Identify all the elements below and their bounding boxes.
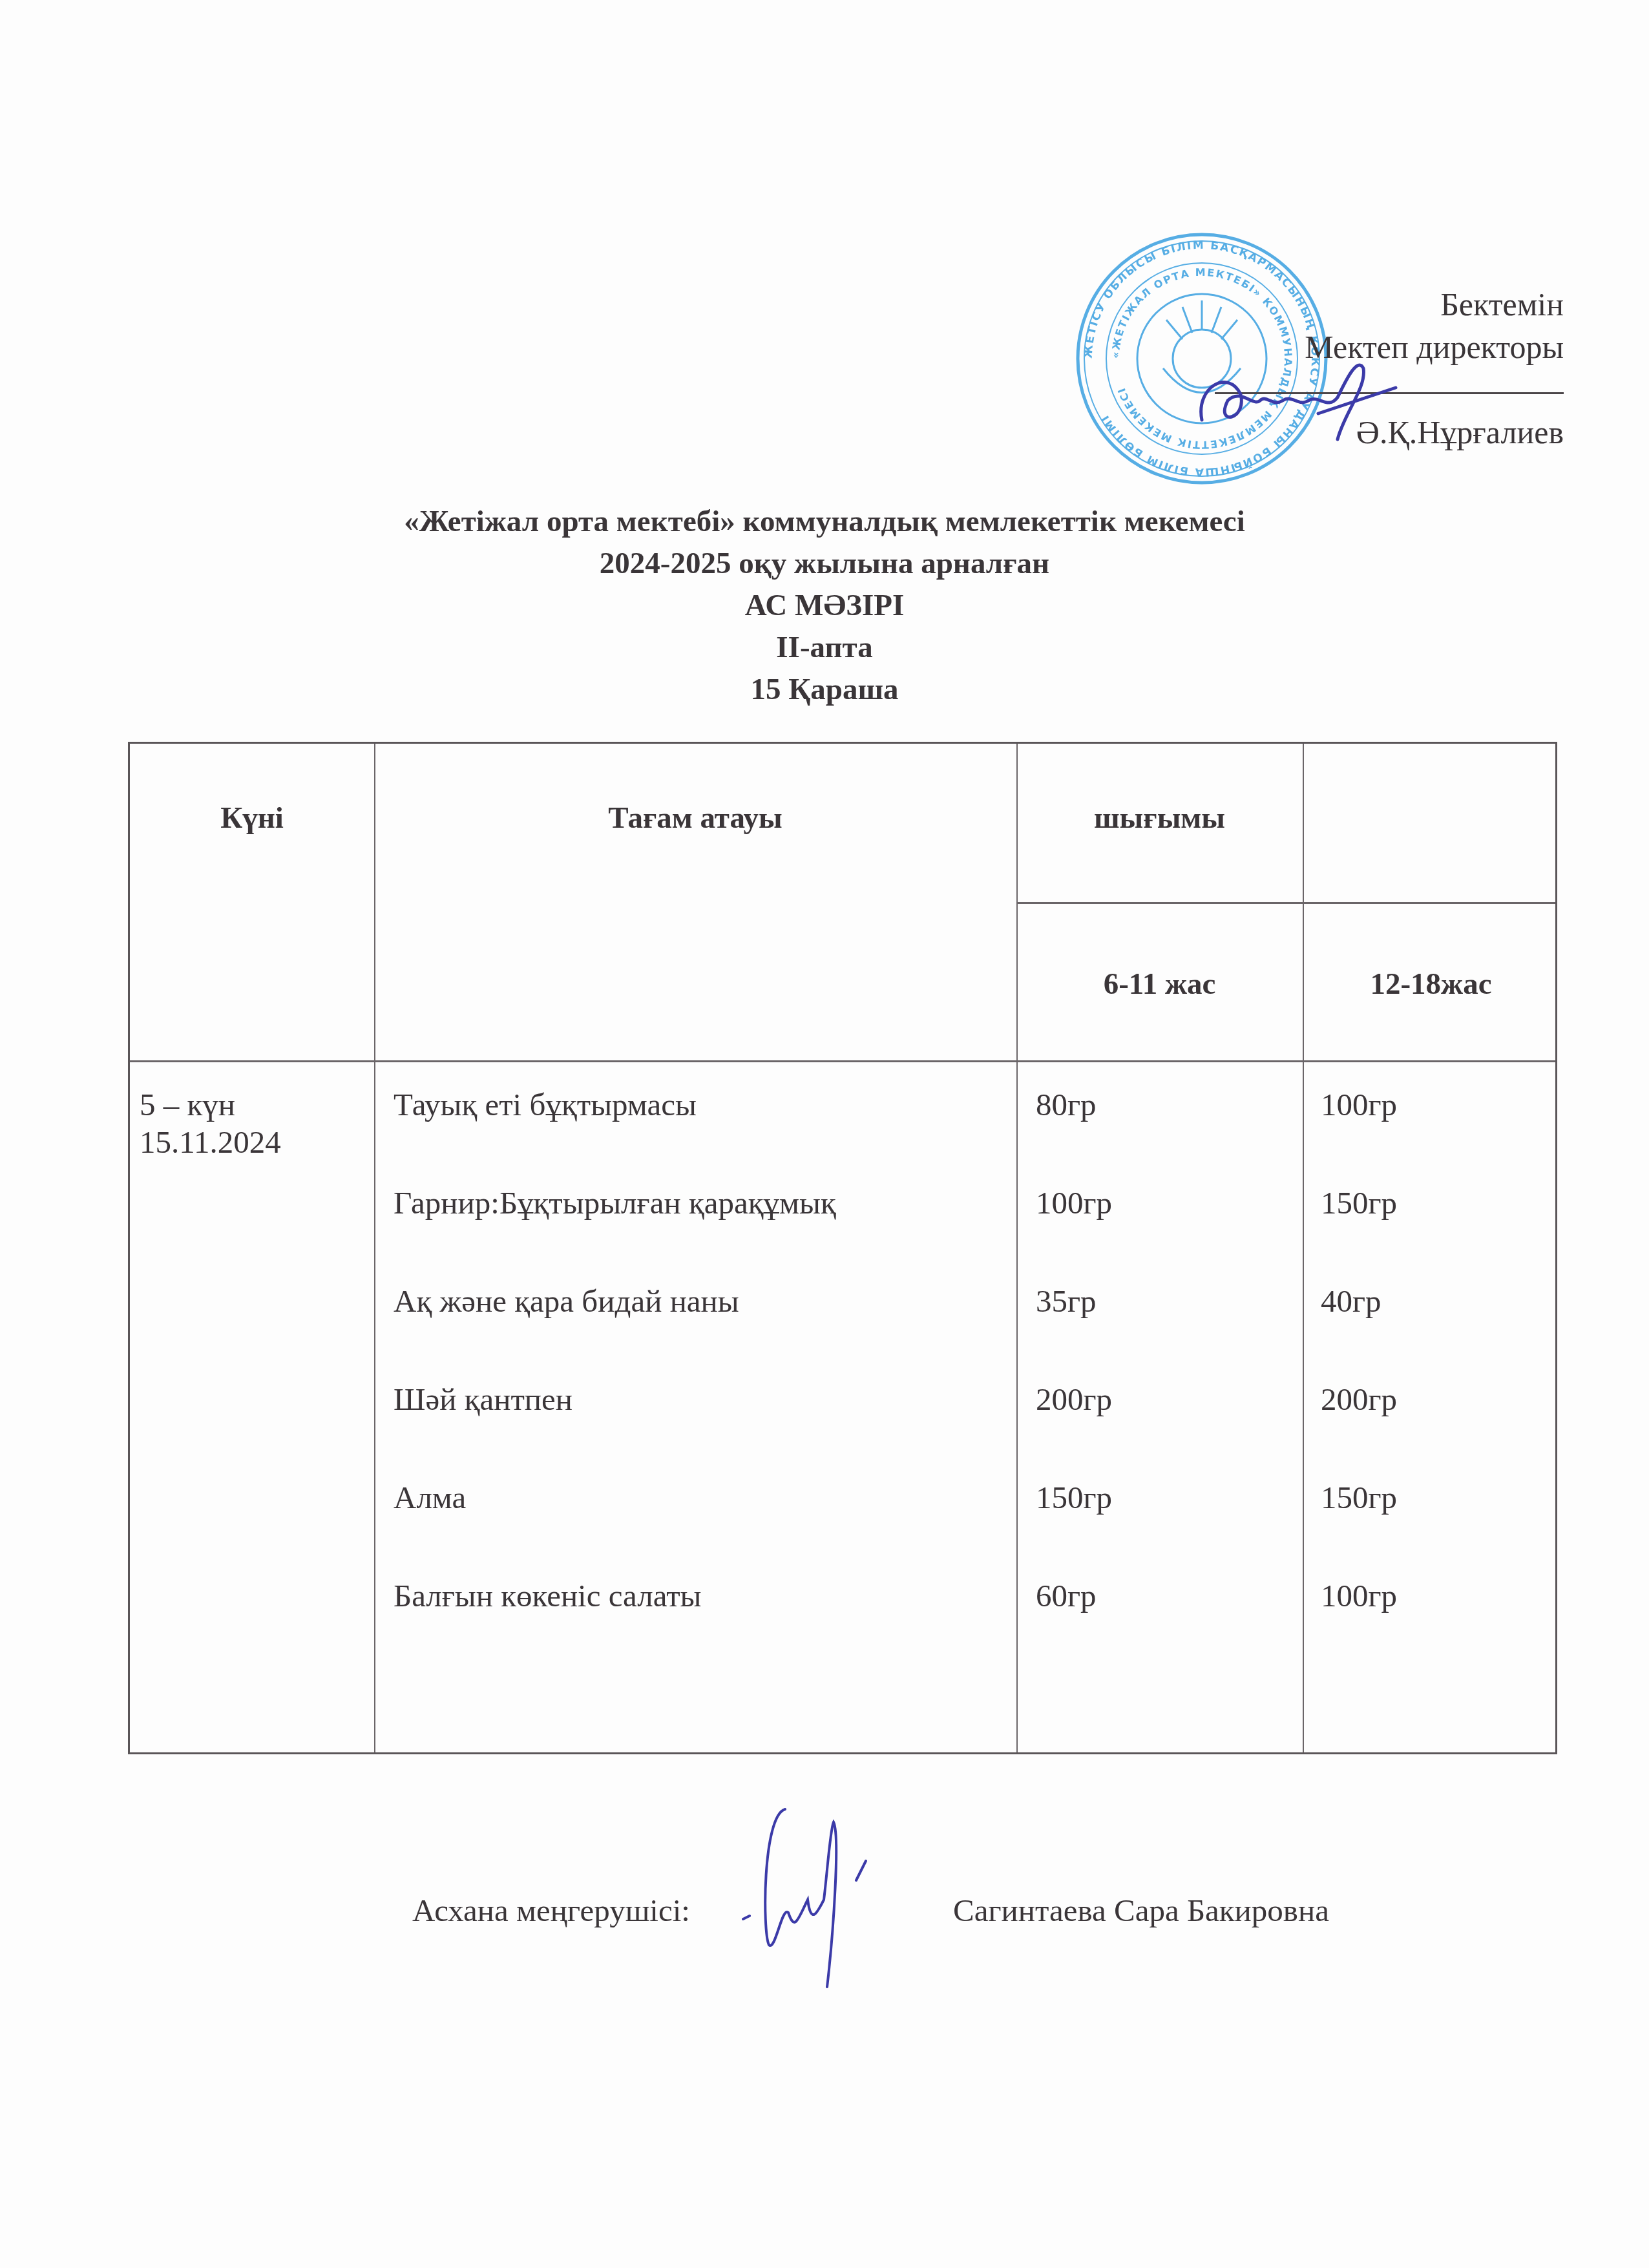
- table-cell-dish: Ақ және қара бидай наны: [394, 1283, 739, 1319]
- column-divider: [374, 744, 375, 1752]
- table-cell-age-12-18: 200гр: [1321, 1381, 1397, 1418]
- table-cell-age-12-18: 100гр: [1321, 1086, 1397, 1123]
- manager-signature: [737, 1803, 950, 1990]
- table-cell-age-12-18: 150гр: [1321, 1479, 1397, 1516]
- header-age-6-11: 6-11 жас: [1016, 967, 1303, 1002]
- approval-label: Бектемін: [1440, 286, 1564, 323]
- institution-name: «Жетіжал орта мектебі» коммуналдық мемле…: [0, 501, 1649, 543]
- table-cell-dish: Шәй қантпен: [394, 1381, 572, 1418]
- document-title: «Жетіжал орта мектебі» коммуналдық мемле…: [0, 501, 1649, 711]
- week-label: II-апта: [0, 627, 1649, 669]
- day-date: 15.11.2024: [140, 1124, 281, 1160]
- menu-date: 15 Қараша: [0, 669, 1649, 711]
- table-cell-dish: Алма: [394, 1479, 466, 1516]
- header-output: шығымы: [1016, 801, 1303, 835]
- table-cell-age-6-11: 60гр: [1036, 1577, 1097, 1614]
- table-cell-age-6-11: 150гр: [1036, 1479, 1112, 1516]
- table-cell-dish: Тауық еті бұқтырмасы: [394, 1086, 697, 1123]
- header-age-12-18: 12-18жас: [1303, 967, 1559, 1002]
- academic-year: 2024-2025 оқу жылына арналған: [0, 543, 1649, 585]
- table-cell-age-6-11: 200гр: [1036, 1381, 1112, 1418]
- canteen-manager-name: Сагинтаева Сара Бакировна: [953, 1892, 1329, 1929]
- header-dish: Тағам атауы: [374, 801, 1016, 835]
- document-name: АС МӘЗІРІ: [0, 585, 1649, 627]
- column-divider: [1303, 744, 1304, 1752]
- table-cell-age-12-18: 100гр: [1321, 1577, 1397, 1614]
- table-cell-dish: Гарнир:Бұқтырылған қарақұмық: [394, 1184, 836, 1221]
- table-cell-age-6-11: 80гр: [1036, 1086, 1097, 1123]
- column-divider: [1016, 744, 1018, 1752]
- day-label: 5 – күн: [140, 1086, 235, 1123]
- table-cell-age-12-18: 40гр: [1321, 1283, 1381, 1319]
- header-divider: [130, 1060, 1555, 1062]
- header-day: Күні: [130, 801, 374, 835]
- director-signature: [1189, 349, 1402, 446]
- table-cell-age-6-11: 100гр: [1036, 1184, 1112, 1221]
- canteen-manager-label: Асхана меңгерушісі:: [412, 1892, 690, 1929]
- menu-table: Күні Тағам атауы шығымы 6-11 жас 12-18жа…: [128, 742, 1557, 1754]
- table-cell-dish: Балғын көкеніс салаты: [394, 1577, 702, 1614]
- table-cell-age-12-18: 150гр: [1321, 1184, 1397, 1221]
- table-cell-age-6-11: 35гр: [1036, 1283, 1097, 1319]
- header-subdivider: [1016, 902, 1555, 904]
